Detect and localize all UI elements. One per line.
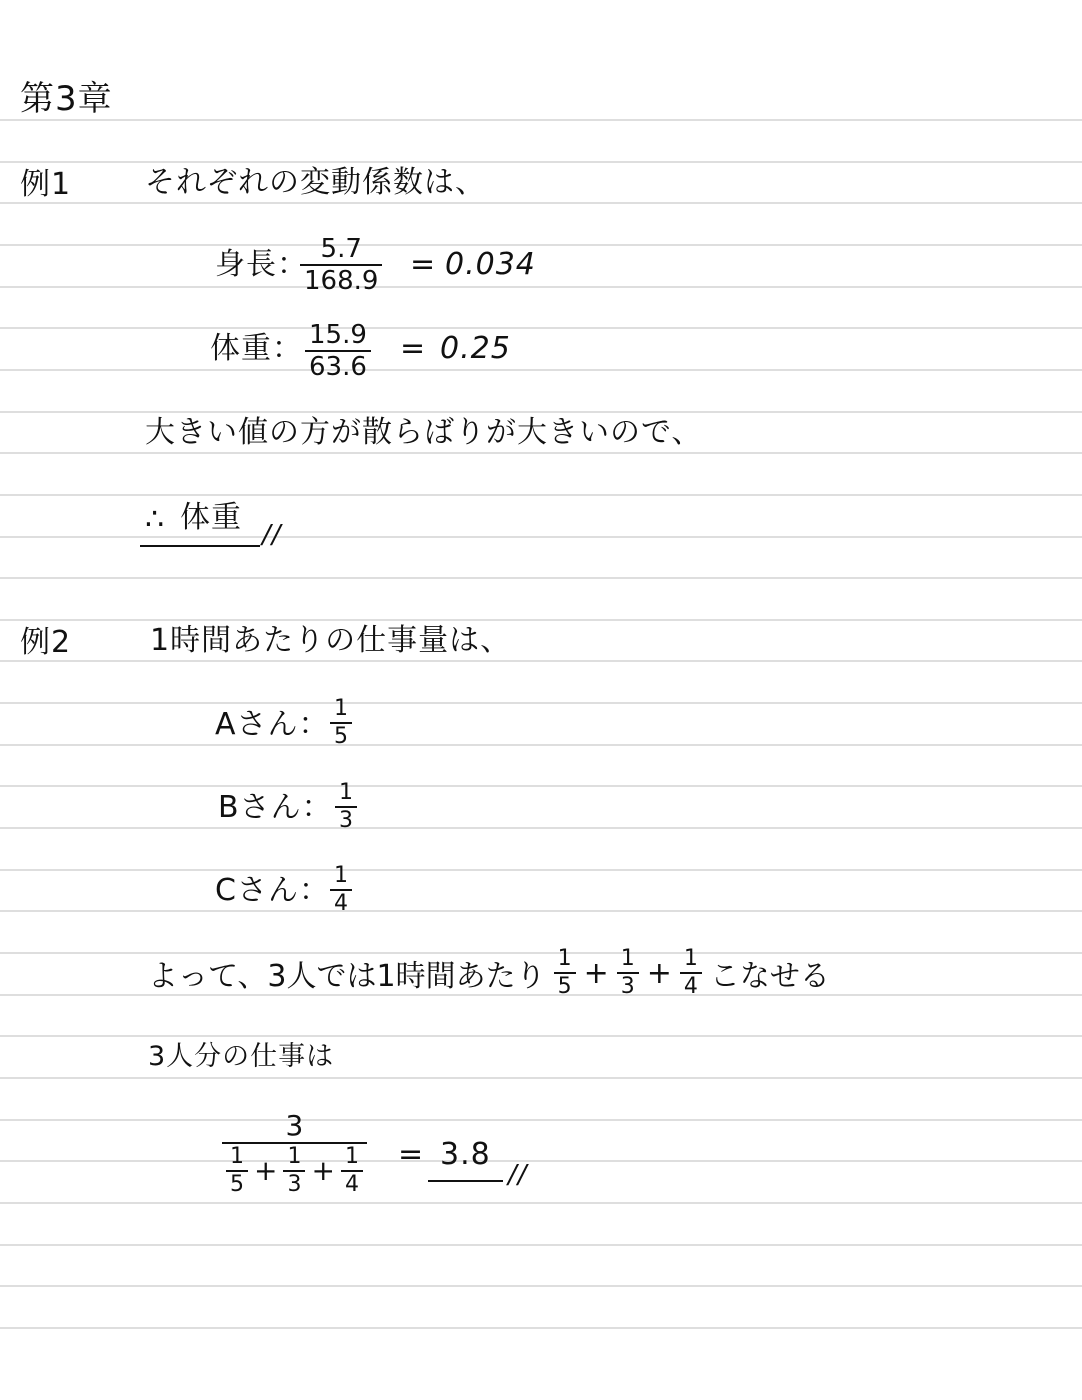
example1-intro: それぞれの変動係数は、 <box>145 168 486 198</box>
term-numerator: 1 <box>341 1146 363 1170</box>
term-denominator: 4 <box>680 974 702 998</box>
height-fraction: 5.7 168.9 <box>300 236 382 294</box>
weight-denominator: 63.6 <box>305 352 371 380</box>
height-denominator: 168.9 <box>300 266 382 294</box>
person-a-label: Aさん： <box>215 710 330 740</box>
ruled-line <box>0 1035 1082 1037</box>
ruled-line <box>0 327 1082 329</box>
height-equals: = <box>410 250 436 280</box>
term-numerator: 1 <box>617 948 639 972</box>
chapter-title: 第3章 <box>20 82 113 116</box>
example1-answer: 体重 <box>180 503 242 533</box>
ruled-line <box>0 286 1082 288</box>
weight-result: 0.25 <box>440 334 511 364</box>
ruled-line <box>0 119 1082 121</box>
ruled-line <box>0 1202 1082 1204</box>
ruled-line <box>0 910 1082 912</box>
final-result: 3.8 <box>440 1140 491 1170</box>
weight-label: 体重： <box>210 334 303 364</box>
result-underline <box>428 1180 503 1182</box>
person-c-label: Cさん： <box>215 876 330 906</box>
ruled-line <box>0 494 1082 496</box>
term-denominator: 5 <box>226 1172 248 1196</box>
ruled-line <box>0 619 1082 621</box>
ruled-line <box>0 202 1082 204</box>
example2-label: 例2 <box>20 628 71 658</box>
example2-intro: 1時間あたりの仕事量は、 <box>150 626 511 656</box>
term-quarter: 1 4 <box>680 948 702 998</box>
person-a-numerator: 1 <box>330 698 352 722</box>
ruled-line <box>0 744 1082 746</box>
combined-rate-row: よって、3人では1時間あたり 1 5 + 1 3 + 1 4 こなせる <box>148 948 830 998</box>
plus-sign: + <box>584 956 609 991</box>
term-denominator: 4 <box>341 1172 363 1196</box>
final-equals: = <box>398 1140 424 1170</box>
person-c-denominator: 4 <box>330 891 352 915</box>
ruled-line <box>0 1077 1082 1079</box>
end-mark: // <box>262 522 282 548</box>
height-result: 0.034 <box>445 250 536 280</box>
person-c-fraction: 1 4 <box>330 865 352 915</box>
person-a-denominator: 5 <box>330 724 352 748</box>
den-term-third: 1 3 <box>283 1146 305 1196</box>
ruled-line <box>0 1244 1082 1246</box>
ruled-line <box>0 369 1082 371</box>
ruled-line <box>0 161 1082 163</box>
work-intro: 3人分の仕事は <box>148 1043 334 1070</box>
ruled-line <box>0 1119 1082 1121</box>
end-mark: // <box>508 1162 528 1188</box>
height-numerator: 5.7 <box>317 236 366 264</box>
combined-suffix: こなせる <box>710 951 830 995</box>
ruled-line <box>0 660 1082 662</box>
weight-equals: = <box>400 334 426 364</box>
person-a-fraction: 1 5 <box>330 698 352 748</box>
final-denominator: 1 5 + 1 3 + 1 4 <box>222 1144 367 1196</box>
weight-numerator: 15.9 <box>305 322 371 350</box>
term-denominator: 5 <box>554 974 576 998</box>
final-numerator: 3 <box>282 1112 308 1142</box>
therefore-symbol: ∴ <box>145 505 165 535</box>
person-b-numerator: 1 <box>335 782 357 806</box>
den-term-fifth: 1 5 <box>226 1146 248 1196</box>
person-c-numerator: 1 <box>330 865 352 889</box>
final-fraction: 3 1 5 + 1 3 + 1 4 <box>222 1112 367 1196</box>
combined-prefix: よって、3人では1時間あたり <box>148 951 546 995</box>
plus-sign: + <box>254 1157 277 1185</box>
den-term-quarter: 1 4 <box>341 1146 363 1196</box>
plus-sign: + <box>311 1157 334 1185</box>
weight-fraction: 15.9 63.6 <box>305 322 371 380</box>
example1-label: 例1 <box>20 170 71 200</box>
term-numerator: 1 <box>680 948 702 972</box>
example1-reason: 大きい値の方が散らばりが大きいので、 <box>145 418 702 448</box>
ruled-line <box>0 1160 1082 1162</box>
term-denominator: 3 <box>617 974 639 998</box>
person-b-label: Bさん： <box>218 793 333 823</box>
term-numerator: 1 <box>554 948 576 972</box>
plus-sign: + <box>647 956 672 991</box>
term-fifth: 1 5 <box>554 948 576 998</box>
ruled-line <box>0 702 1082 704</box>
ruled-line <box>0 452 1082 454</box>
person-b-denominator: 3 <box>335 808 357 832</box>
ruled-line <box>0 827 1082 829</box>
ruled-line <box>0 244 1082 246</box>
ruled-lines <box>0 0 1082 1400</box>
ruled-line <box>0 785 1082 787</box>
ruled-line <box>0 1327 1082 1329</box>
term-third: 1 3 <box>617 948 639 998</box>
answer-underline <box>140 545 260 547</box>
ruled-line <box>0 1285 1082 1287</box>
term-denominator: 3 <box>283 1172 305 1196</box>
term-numerator: 1 <box>283 1146 305 1170</box>
term-numerator: 1 <box>226 1146 248 1170</box>
person-b-fraction: 1 3 <box>335 782 357 832</box>
height-label: 身長： <box>215 250 308 280</box>
ruled-line <box>0 577 1082 579</box>
ruled-line <box>0 411 1082 413</box>
ruled-line <box>0 869 1082 871</box>
